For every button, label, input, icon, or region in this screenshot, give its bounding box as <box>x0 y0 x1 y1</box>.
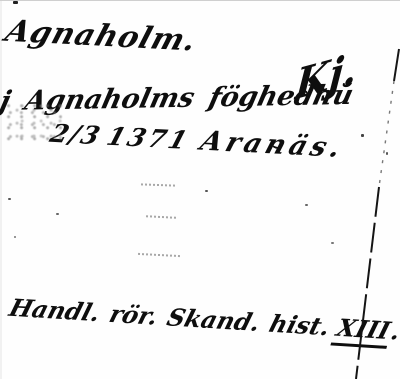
headword: Agnaholm. <box>1 13 202 60</box>
ink-speck <box>56 213 59 215</box>
ink-speck <box>361 134 364 137</box>
bleed-through-mark <box>141 183 175 186</box>
ink-speck <box>14 236 16 238</box>
ink-speck <box>13 1 18 4</box>
source-volume: XIII <box>330 313 395 349</box>
ink-speck <box>331 242 334 244</box>
bleed-through-mark <box>146 215 176 219</box>
entry-year: 1371 <box>104 122 194 155</box>
ink-speck <box>386 152 388 155</box>
source-line: Handl. rör. Skand. hist.XIII. <box>6 293 400 346</box>
entry-date-line: 2/31371Aranäs. <box>46 117 349 166</box>
ink-speck <box>8 198 11 200</box>
scanned-archive-card: Agnaholm. Kj. j Agnaholms föghedhŭ 2/313… <box>0 0 400 379</box>
ink-speck <box>205 190 208 192</box>
ink-smudge <box>6 103 62 141</box>
bleed-through-mark <box>138 253 180 257</box>
ink-speck <box>305 204 308 206</box>
source-reference: Handl. rör. Skand. hist. <box>6 293 333 341</box>
